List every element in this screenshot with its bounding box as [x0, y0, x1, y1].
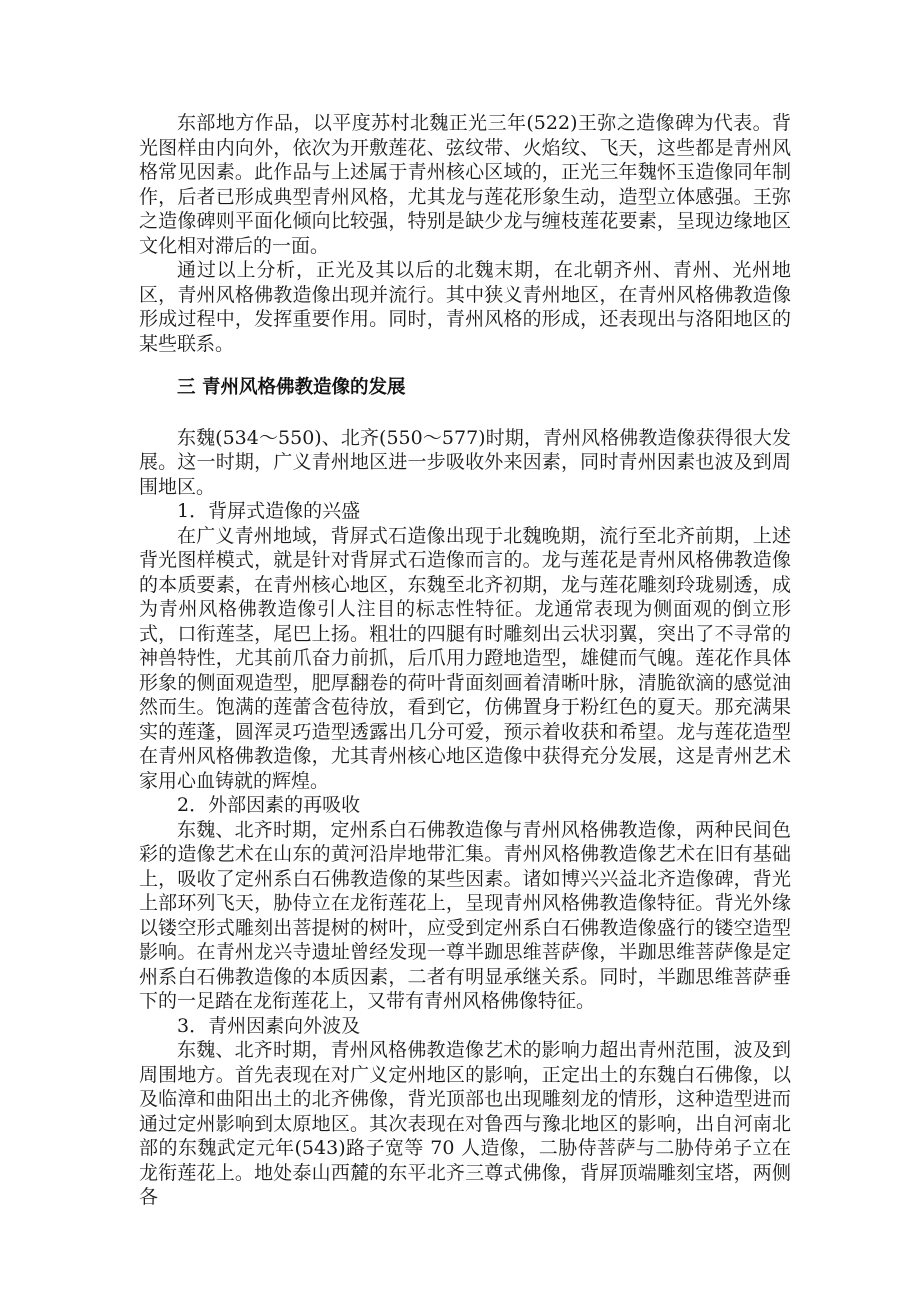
document-page: 东部地方作品，以平度苏村北魏正光三年(522)王弥之造像碑为代表。背光图样由内向…: [139, 111, 791, 1210]
subsection-title-2: 2．外部因素的再吸收: [139, 793, 791, 818]
subsection-body-3: 东魏、北齐时期，青州风格佛教造像艺术的影响力超出青州范围，波及到周围地方。首先表…: [139, 1038, 791, 1210]
paragraph-wang-mizhi-stele: 东部地方作品，以平度苏村北魏正光三年(522)王弥之造像碑为代表。背光图样由内向…: [139, 111, 791, 258]
subsection-body-2: 东魏、北齐时期，定州系白石佛教造像与青州风格佛教造像，两种民间色彩的造像艺术在山…: [139, 818, 791, 1014]
section-intro: 东魏(534～550)、北齐(550～577)时期，青州风格佛教造像获得很大发展…: [139, 426, 791, 500]
subsection-body-1: 在广义青州地域，背屏式石造像出现于北魏晚期，流行至北齐前期，上述背光图样模式，就…: [139, 524, 791, 794]
subsection-title-3: 3．青州因素向外波及: [139, 1014, 791, 1039]
section-heading: 三 青州风格佛教造像的发展: [139, 376, 791, 401]
subsection-title-1: 1．背屏式造像的兴盛: [139, 499, 791, 524]
paragraph-analysis-summary: 通过以上分析，正光及其以后的北魏末期，在北朝齐州、青州、光州地区，青州风格佛教造…: [139, 258, 791, 356]
